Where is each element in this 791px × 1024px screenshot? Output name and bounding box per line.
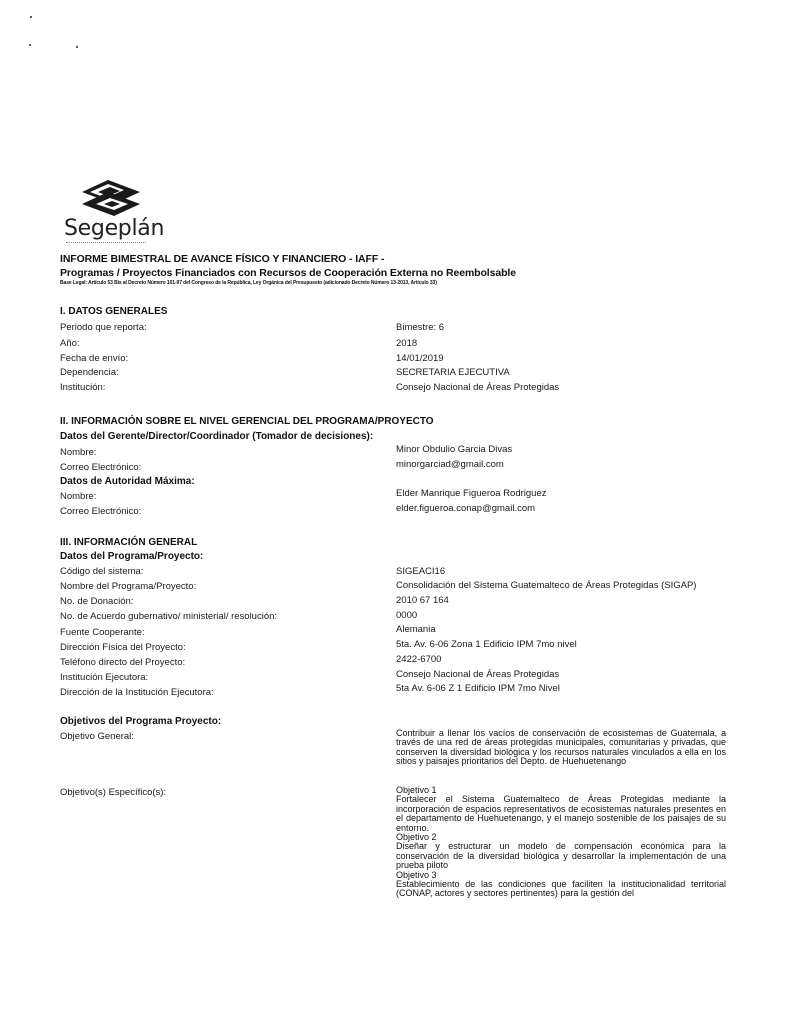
project-address-value: 5ta. Av. 6-06 Zona 1 Edificio IPM 7mo ni…: [396, 639, 577, 650]
manager-name-value: Minor Obdulio Garcia Divas: [396, 444, 512, 455]
segeplan-logo-icon: [78, 178, 144, 218]
report-subtitle: Programas / Proyectos Financiados con Re…: [60, 267, 516, 279]
objective-2-text: Diseñar y estructurar un modelo de compe…: [396, 841, 726, 870]
year-value: 2018: [396, 338, 417, 349]
manager-name-label: Nombre:: [60, 447, 96, 458]
legal-basis: Base Legal: Artículo 53 Bis al Decreto N…: [60, 280, 437, 286]
executing-institution-label: Institución Ejecutora:: [60, 672, 148, 683]
project-data-heading: Datos del Programa/Proyecto:: [60, 551, 203, 562]
authority-email-value: elder.figueroa.conap@gmail.com: [396, 503, 535, 514]
donation-number-label: No. de Donación:: [60, 596, 133, 607]
year-label: Año:: [60, 338, 80, 349]
cooperating-source-label: Fuente Cooperante:: [60, 627, 145, 638]
authority-name-value: Elder Manrique Figueroa Rodriguez: [396, 488, 547, 499]
section-general-info-heading: III. INFORMACIÓN GENERAL: [60, 537, 197, 548]
section-management-heading: II. INFORMACIÓN SOBRE EL NIVEL GERENCIAL…: [60, 416, 434, 427]
segeplan-logo: Segeplán: [60, 178, 170, 250]
project-phone-value: 2422-6700: [396, 654, 441, 665]
agreement-number-label: No. de Acuerdo gubernativo/ ministerial/…: [60, 611, 277, 622]
project-name-value: Consolidación del Sistema Guatemalteco d…: [396, 580, 696, 591]
general-objective-text: Contribuir a llenar los vacíos de conser…: [396, 729, 726, 767]
objectives-heading: Objetivos del Programa Proyecto:: [60, 716, 221, 727]
specific-objectives-list: Objetivo 1 Fortalecer el Sistema Guatema…: [396, 786, 726, 899]
period-value: Bimestre: 6: [396, 322, 444, 333]
specific-objectives-label: Objetivo(s) Específico(s):: [60, 787, 166, 798]
scan-speck: [30, 16, 32, 18]
executing-address-label: Dirección de la Institución Ejecutora:: [60, 687, 214, 698]
authority-data-heading: Datos de Autoridad Máxima:: [60, 476, 195, 487]
system-code-label: Código del sistema:: [60, 566, 143, 577]
logo-text: Segeplán: [64, 216, 164, 241]
send-date-label: Fecha de envío:: [60, 353, 128, 364]
period-label: Periodo que reporta:: [60, 322, 147, 333]
general-objective-label: Objetivo General:: [60, 731, 134, 742]
manager-data-heading: Datos del Gerente/Director/Coordinador (…: [60, 431, 373, 442]
institution-label: Institución:: [60, 382, 105, 393]
manager-email-value: minorgarciad@gmail.com: [396, 459, 504, 470]
executing-address-value: 5ta Av. 6-06 Z 1 Edificio IPM 7mo Nivel: [396, 683, 560, 694]
manager-email-label: Correo Electrónico:: [60, 462, 141, 473]
authority-name-label: Nombre:: [60, 491, 96, 502]
institution-value: Consejo Nacional de Áreas Protegidas: [396, 382, 559, 393]
agreement-number-value: 0000: [396, 610, 417, 621]
executing-institution-value: Consejo Nacional de Áreas Protegidas: [396, 669, 559, 680]
report-title: INFORME BIMESTRAL DE AVANCE FÍSICO Y FIN…: [60, 253, 384, 265]
send-date-value: 14/01/2019: [396, 353, 444, 364]
project-name-label: Nombre del Programa/Proyecto:: [60, 581, 196, 592]
cooperating-source-value: Alemania: [396, 624, 436, 635]
donation-number-value: 2010 67 164: [396, 595, 449, 606]
section-general-data-heading: I. DATOS GENERALES: [60, 306, 167, 317]
project-address-label: Dirección Física del Proyecto:: [60, 642, 186, 653]
dependency-label: Dependencia:: [60, 367, 119, 378]
authority-email-label: Correo Electrónico:: [60, 506, 141, 517]
dependency-value: SECRETARIA EJECUTIVA: [396, 367, 510, 378]
system-code-value: SIGEACI16: [396, 566, 445, 577]
logo-tagline: [66, 242, 146, 246]
scan-speck: [76, 46, 78, 48]
project-phone-label: Teléfono directo del Proyecto:: [60, 657, 185, 668]
objective-1-text: Fortalecer el Sistema Guatemalteco de Ár…: [396, 794, 726, 832]
objective-3-text: Establecimiento de las condiciones que f…: [396, 879, 726, 898]
scan-speck: [29, 44, 31, 46]
